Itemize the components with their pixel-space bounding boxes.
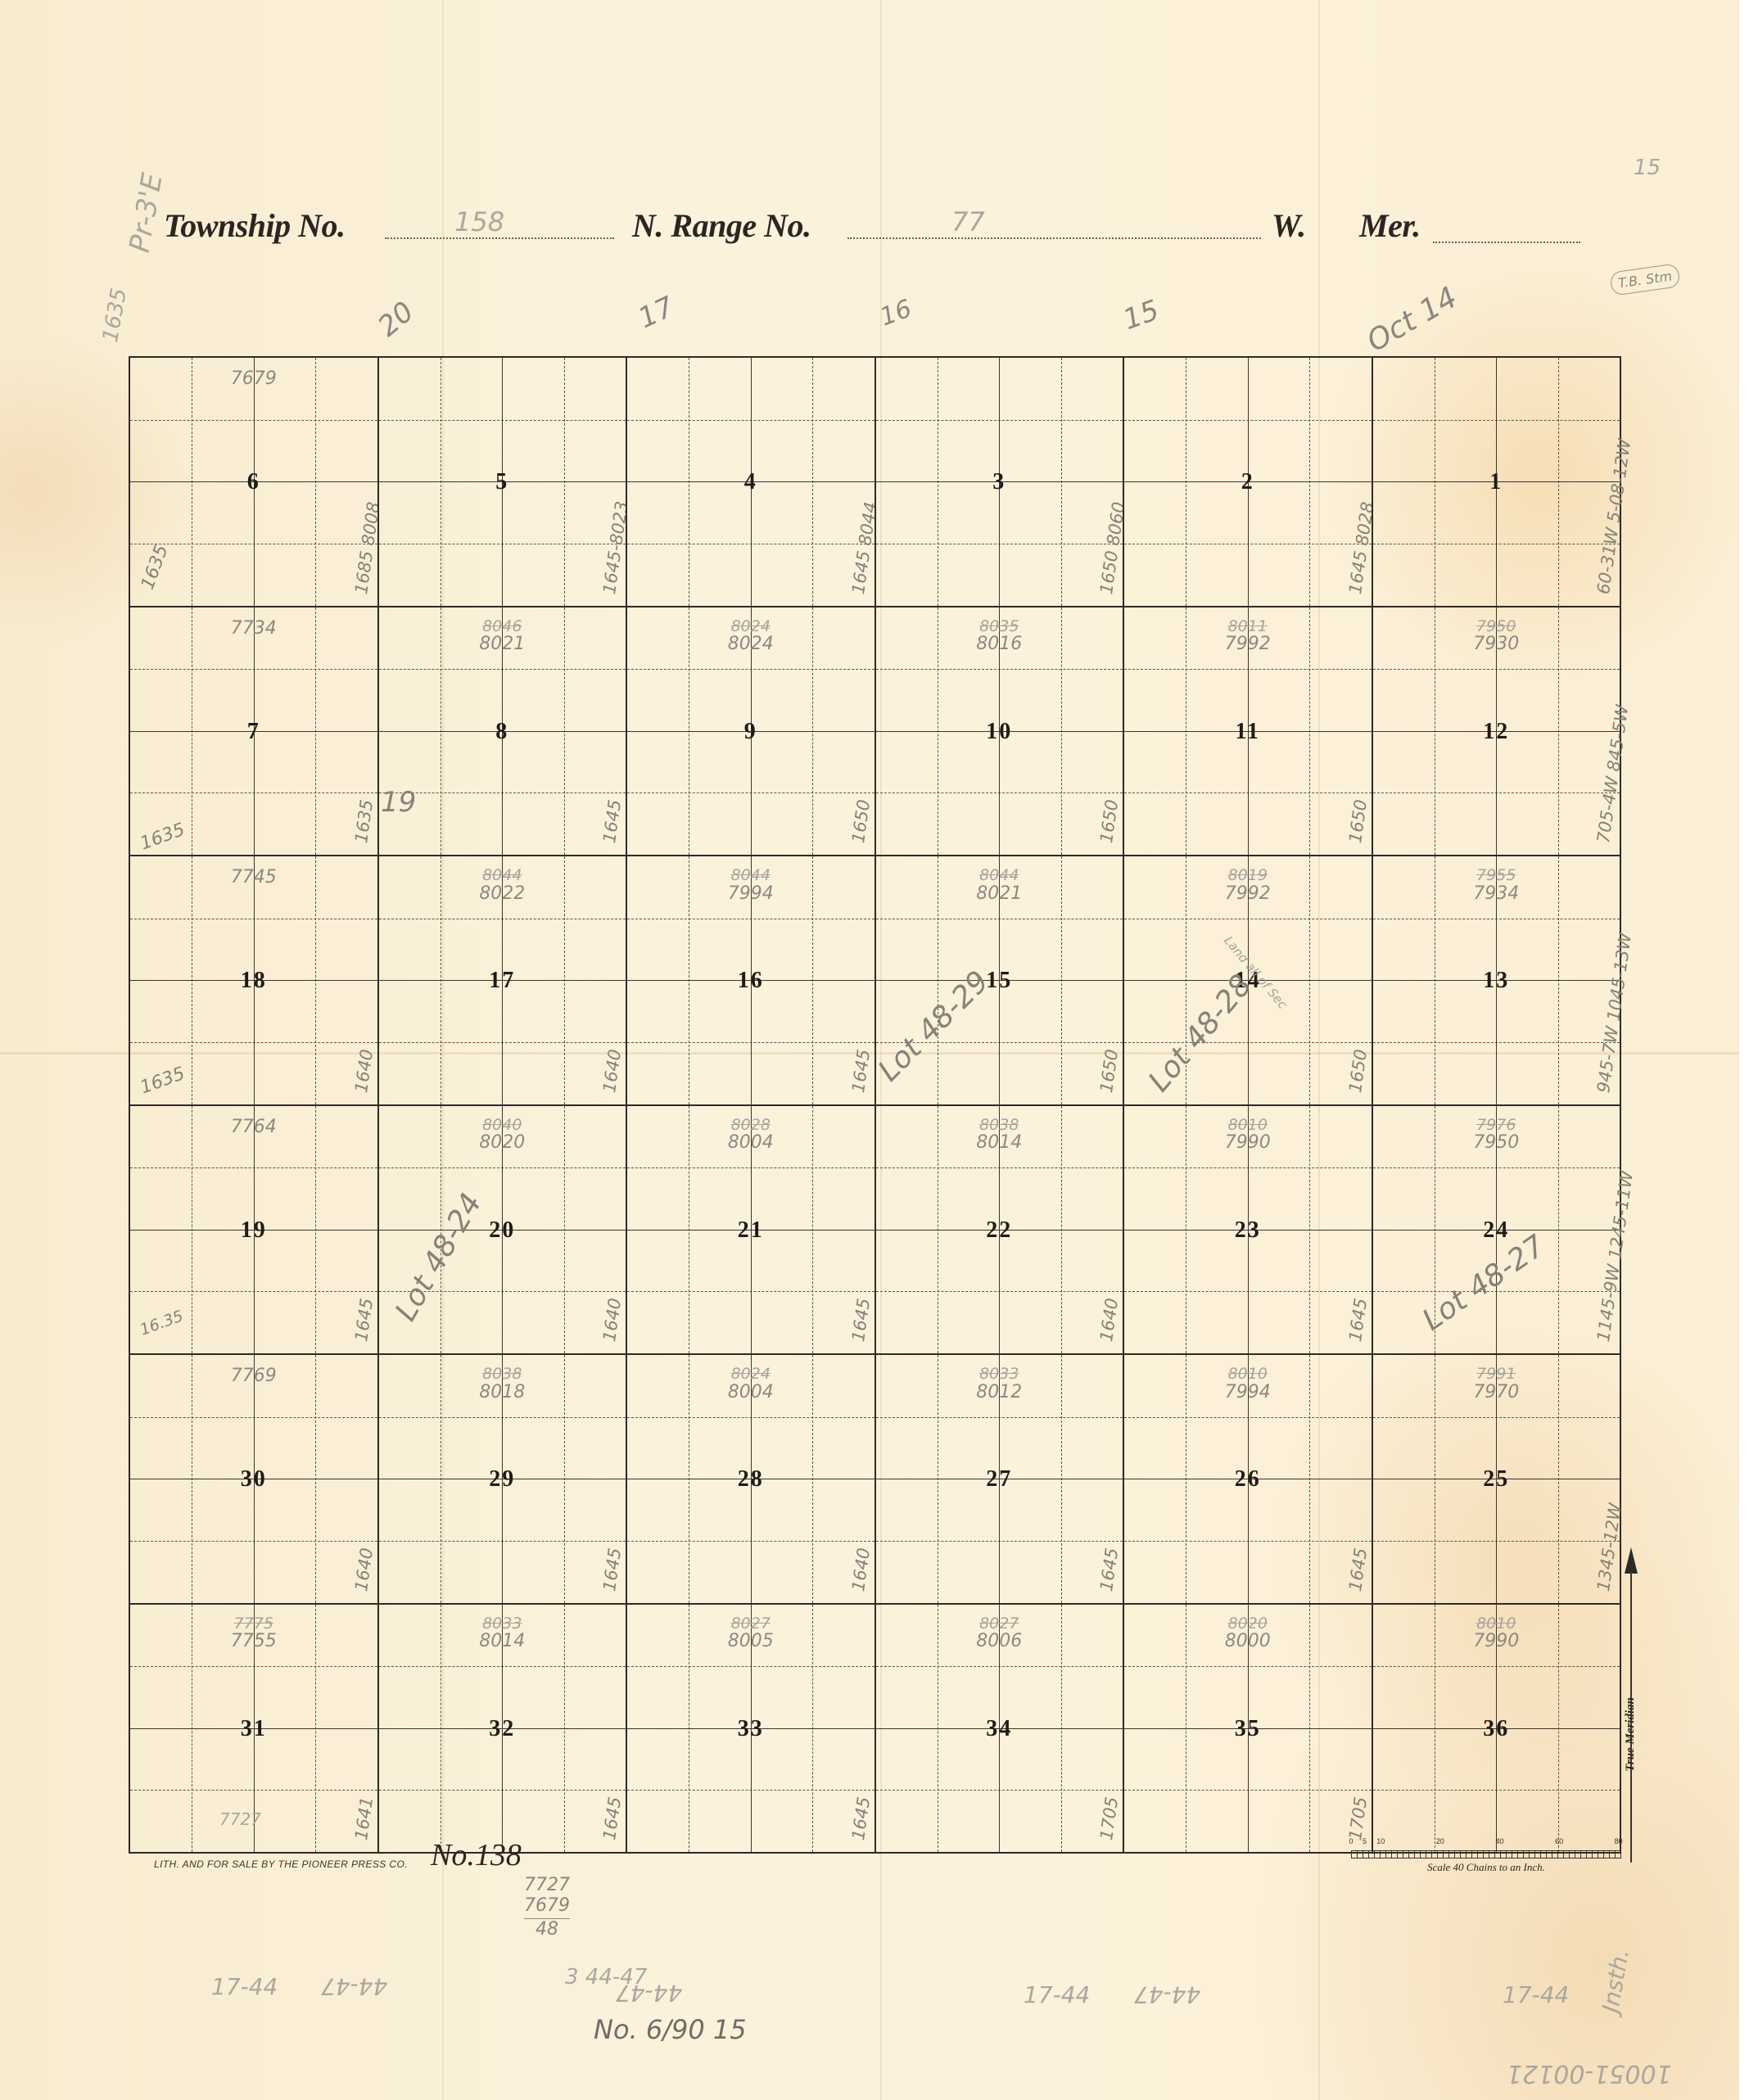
form-number: No.138	[431, 1837, 522, 1873]
boundary-note: 1345-12W	[1593, 1502, 1625, 1592]
section-number: 34	[986, 1718, 1012, 1741]
north-arrow-icon	[1625, 1547, 1638, 1574]
section-6: 676791685 8008	[129, 356, 379, 607]
boundary-note: 1640	[351, 1048, 377, 1094]
acreage-note: 80117992	[1225, 619, 1271, 654]
township-grid: 676791685 800851645-802341645 804431650 …	[129, 356, 1620, 1852]
section-number: 23	[1235, 1219, 1261, 1242]
true-meridian-arrow: True Meridian	[1623, 1539, 1641, 1863]
acreage-note: 80208000	[1225, 1616, 1271, 1651]
section-5: 51645-8023	[377, 356, 628, 607]
stamp-note: 44-47	[321, 1973, 387, 2000]
lithographer-credit: LITH. AND FOR SALE BY THE PIONEER PRESS …	[154, 1858, 408, 1870]
acreage-new: 8020	[479, 1133, 525, 1152]
section-number: 33	[738, 1718, 764, 1741]
section-number: 8	[495, 720, 508, 743]
direction-label: W.	[1272, 206, 1306, 245]
boundary-note: 1645	[848, 1297, 874, 1343]
meridian-label: Mer.	[1359, 206, 1421, 245]
section-8: 8804680211645	[377, 606, 628, 857]
section-3: 31650 8060	[874, 356, 1125, 607]
acreage-note: 79767950	[1473, 1118, 1519, 1153]
acreage-new: 7970	[1473, 1383, 1519, 1402]
acreage-note: 79507930	[1473, 619, 1519, 654]
acreage-old: 8046	[479, 619, 525, 635]
acreage-old: 7775	[231, 1616, 277, 1633]
section-11: 11801179921650	[1123, 606, 1373, 857]
acreage-note: 80408020	[479, 1118, 525, 1153]
acreage-old: 7950	[1473, 619, 1519, 635]
acreage-new: 8022	[479, 884, 525, 903]
acreage-old: 8038	[479, 1366, 525, 1383]
boundary-note: 1635	[351, 798, 377, 844]
sum-line: 7679	[524, 1895, 570, 1918]
stamp-note: 44-47	[1134, 1981, 1200, 2008]
section-number: 12	[1483, 720, 1509, 743]
acreage-old: 8027	[976, 1616, 1022, 1633]
acreage-new: 8021	[479, 635, 525, 653]
boundary-note: 1640	[351, 1547, 377, 1592]
section-number: 7	[247, 720, 260, 743]
range-field-line	[847, 237, 1261, 239]
acreage-old: 8038	[976, 1118, 1022, 1134]
section-25: 25799179701345-12W	[1372, 1353, 1622, 1605]
section-22: 22803880141640	[874, 1104, 1125, 1356]
section-number: 2	[1241, 471, 1254, 494]
section-number: 13	[1483, 969, 1509, 992]
acreage-note: 80468021	[479, 619, 525, 654]
acreage-new: 7930	[1473, 635, 1519, 653]
acreage-new: 8000	[1225, 1632, 1271, 1651]
acreage-old: 8024	[728, 619, 774, 635]
acreage-old: 8028	[728, 1118, 774, 1134]
section-number: 9	[744, 720, 757, 743]
acreage-old: 8040	[479, 1118, 525, 1134]
boundary-note: 1645	[599, 1795, 625, 1841]
acreage-old: 7991	[1473, 1366, 1519, 1383]
section-34: 34802780061705	[874, 1603, 1125, 1854]
acreage-old: 8035	[976, 619, 1022, 635]
acreage-new: 8021	[976, 884, 1022, 903]
boundary-note: 1650	[848, 798, 874, 844]
acreage-note: 80448021	[976, 868, 1022, 903]
sum-result: 48	[524, 1919, 570, 1940]
section-number: 27	[986, 1468, 1012, 1491]
acreage-note: 80338012	[976, 1366, 1022, 1402]
acreage-new: 7934	[1473, 884, 1519, 903]
acreage-old: 8044	[728, 868, 774, 884]
boundary-note: 1645	[599, 1547, 625, 1592]
scale-tick: 10	[1376, 1837, 1385, 1845]
boundary-note: 1640	[599, 1048, 625, 1094]
section-number: 6	[247, 471, 260, 494]
acreage-note: 7764	[231, 1118, 277, 1136]
boundary-note: 1645	[848, 1795, 874, 1841]
catalog-number: 10051-00121	[1507, 2059, 1672, 2088]
acreage-new: 8012	[976, 1383, 1022, 1402]
note-sec31-bottom: 7727	[219, 1809, 261, 1829]
acreage-new: 7994	[728, 884, 774, 903]
acreage-new: 7755	[231, 1632, 277, 1651]
stamp-note: 17-44	[1503, 1981, 1569, 2008]
section-2: 21645 8028	[1123, 356, 1373, 607]
section-21: 21802880041645	[626, 1104, 876, 1356]
section-13: 1379557934945-7W 1045-13W	[1372, 855, 1622, 1106]
boundary-note: 1640	[1096, 1297, 1122, 1343]
acreage-new: 7764	[231, 1118, 277, 1136]
stamp-note: 44-47	[616, 1980, 682, 2007]
acreage-note: 80248004	[728, 1366, 774, 1402]
section-number: 22	[986, 1219, 1012, 1242]
boundary-note: 1645	[351, 1297, 377, 1343]
section-number: 3	[992, 471, 1006, 494]
acreage-old: 8019	[1225, 868, 1271, 884]
scale-bar-graphic	[1351, 1850, 1621, 1858]
sum-line: 7727	[524, 1875, 570, 1895]
section-4: 41645 8044	[626, 356, 876, 607]
stamp-note: 17-44	[211, 1973, 278, 2000]
stamp-note: 17-44	[1024, 1981, 1090, 2008]
acreage-new: 8004	[728, 1383, 774, 1402]
section-number: 21	[738, 1219, 764, 1242]
acreage-new: 7679	[231, 369, 277, 388]
acreage-note: 80388018	[479, 1366, 525, 1402]
section-24: 24797679501145-9W 1245-11W	[1372, 1104, 1622, 1356]
acreage-new: 7990	[1225, 1133, 1271, 1152]
margin-note-corner: 15	[1634, 156, 1661, 180]
scale-ticks: 0 5 10 20 40 60 80	[1351, 1837, 1621, 1850]
section-33: 33802780051645	[626, 1603, 876, 1854]
range-value: 77	[951, 206, 985, 237]
section-number: 29	[489, 1468, 515, 1491]
section-number: 1	[1489, 471, 1503, 494]
acreage-note: 80248024	[728, 619, 774, 654]
section-number: 10	[986, 720, 1012, 743]
acreage-note: 80358016	[976, 619, 1022, 654]
acreage-note: 80278006	[976, 1616, 1022, 1651]
acreage-note: 80288004	[728, 1118, 774, 1153]
section-number: 28	[738, 1468, 764, 1491]
boundary-note: 1645	[1345, 1547, 1371, 1592]
boundary-note: 1640	[848, 1547, 874, 1592]
true-meridian-label: True Meridian	[1624, 1697, 1638, 1772]
acreage-old: 8010	[1225, 1118, 1271, 1134]
acreage-old: 8044	[976, 868, 1022, 884]
scan-edge	[1739, 0, 1749, 2100]
acreage-new: 7950	[1473, 1133, 1519, 1152]
range-label: N. Range No.	[632, 206, 811, 245]
acreage-old: 8010	[1225, 1366, 1271, 1383]
acreage-new: 7745	[231, 868, 277, 887]
section-number: 16	[738, 969, 764, 992]
section-23: 23801079901645	[1123, 1104, 1373, 1356]
boundary-note: 1645	[848, 1048, 874, 1094]
acreage-new: 7734	[231, 619, 277, 638]
section-10: 10803580161650	[874, 606, 1125, 857]
section-number: 11	[1236, 720, 1260, 743]
section-16: 16804479941645	[626, 855, 876, 1106]
scale-tick: 5	[1363, 1837, 1367, 1845]
acreage-note: 79557934	[1473, 868, 1519, 903]
section-number: 35	[1235, 1718, 1261, 1741]
township-label: Township No.	[164, 206, 346, 245]
section-number: 20	[489, 1219, 515, 1242]
acreage-new: 8018	[479, 1383, 525, 1402]
boundary-note: 1650	[1345, 1048, 1371, 1094]
section-1: 160-31W 5-08-12W	[1372, 356, 1622, 607]
acreage-note: 7745	[231, 868, 277, 887]
acreage-new: 7990	[1473, 1632, 1519, 1651]
scale-tick: 80	[1615, 1837, 1623, 1845]
boundary-note: 1645	[1345, 1297, 1371, 1343]
acreage-sum: 7727 7679 48	[524, 1875, 570, 1940]
acreage-old: 7976	[1473, 1118, 1519, 1134]
acreage-old: 8020	[1225, 1616, 1271, 1633]
boundary-note: 1650	[1096, 1048, 1122, 1094]
acreage-old: 8033	[976, 1366, 1022, 1383]
acreage-note: 80107990	[1473, 1616, 1519, 1651]
section-17: 17804480221640	[377, 855, 628, 1106]
section-35: 35802080001705	[1123, 1603, 1373, 1854]
section-29: 29803880181645	[377, 1353, 628, 1605]
section-number: 31	[241, 1718, 267, 1741]
acreage-new: 8004	[728, 1133, 774, 1152]
scale-caption: Scale 40 Chains to an Inch.	[1351, 1861, 1621, 1874]
section-9: 9802480241650	[626, 606, 876, 857]
section-number: 18	[241, 969, 267, 992]
acreage-note: 80338014	[479, 1616, 525, 1651]
boundary-note: 1640	[599, 1297, 625, 1343]
section-28: 28802480041640	[626, 1353, 876, 1605]
acreage-new: 8005	[728, 1632, 774, 1651]
section-26: 26801079941645	[1123, 1353, 1373, 1605]
acreage-new: 7992	[1225, 635, 1271, 653]
township-field-line	[385, 237, 614, 239]
acreage-note: 79917970	[1473, 1366, 1519, 1402]
acreage-old: 8024	[728, 1366, 774, 1383]
acreage-old: 7955	[1473, 868, 1519, 884]
boundary-note: 1645	[1096, 1547, 1122, 1592]
acreage-old: 8010	[1473, 1616, 1519, 1633]
scale-bar: 0 5 10 20 40 60 80 Scale 40 Chains to an…	[1351, 1837, 1621, 1874]
meridian-field-line	[1433, 242, 1580, 243]
acreage-note: 80388014	[976, 1118, 1022, 1153]
acreage-new: 8014	[479, 1632, 525, 1651]
section-number: 19	[241, 1219, 267, 1242]
acreage-note: 80107990	[1225, 1118, 1271, 1153]
boundary-note: 1645	[599, 798, 625, 844]
boundary-note: 1705	[1345, 1795, 1371, 1841]
acreage-note: 80197992	[1225, 868, 1271, 903]
acreage-old: 8033	[479, 1616, 525, 1633]
acreage-note: 7769	[231, 1366, 277, 1385]
acreage-new: 7769	[231, 1366, 277, 1385]
reference-note: No. 6/90 15	[594, 2014, 747, 2045]
scale-tick: 20	[1436, 1837, 1444, 1845]
boundary-note: 1650	[1096, 798, 1122, 844]
scale-tick: 0	[1349, 1837, 1353, 1845]
acreage-new: 7994	[1225, 1383, 1271, 1402]
section-number: 30	[241, 1468, 267, 1491]
section-number: 25	[1483, 1468, 1509, 1491]
acreage-note: 80107994	[1225, 1366, 1271, 1402]
acreage-old: 8011	[1225, 619, 1271, 635]
scale-tick: 60	[1555, 1837, 1563, 1845]
section-36: 3680107990	[1372, 1603, 1622, 1854]
section-32: 32803380141645	[377, 1603, 628, 1854]
acreage-note: 7734	[231, 619, 277, 638]
section-27: 27803380121645	[874, 1353, 1125, 1605]
section-number: 17	[489, 969, 515, 992]
acreage-new: 8014	[976, 1133, 1022, 1152]
section-number: 24	[1483, 1219, 1509, 1242]
section-number: 36	[1483, 1718, 1509, 1741]
acreage-new: 8006	[976, 1632, 1022, 1651]
scale-tick: 40	[1495, 1837, 1503, 1845]
acreage-note: 80447994	[728, 868, 774, 903]
acreage-note: 80278005	[728, 1616, 774, 1651]
acreage-note: 77757755	[231, 1616, 277, 1651]
boundary-note: 1705	[1096, 1795, 1122, 1841]
section-number: 26	[1235, 1468, 1261, 1491]
section-number: 4	[744, 471, 757, 494]
township-value: 158	[454, 206, 504, 237]
note-sec7-inner: 19	[381, 786, 416, 819]
acreage-old: 8044	[479, 868, 525, 884]
boundary-note: 1650	[1345, 798, 1371, 844]
boundary-note: 1641	[351, 1795, 377, 1841]
acreage-old: 8027	[728, 1616, 774, 1633]
acreage-new: 8016	[976, 635, 1022, 653]
section-number: 5	[495, 471, 508, 494]
section-7: 777341635	[129, 606, 379, 857]
acreage-note: 7679	[231, 369, 277, 388]
section-12: 1279507930705-4W 845-5W	[1372, 606, 1622, 857]
acreage-new: 8024	[728, 635, 774, 653]
acreage-new: 7992	[1225, 884, 1271, 903]
acreage-note: 80448022	[479, 868, 525, 903]
section-30: 3077691640	[129, 1353, 379, 1605]
section-number: 32	[489, 1718, 515, 1741]
